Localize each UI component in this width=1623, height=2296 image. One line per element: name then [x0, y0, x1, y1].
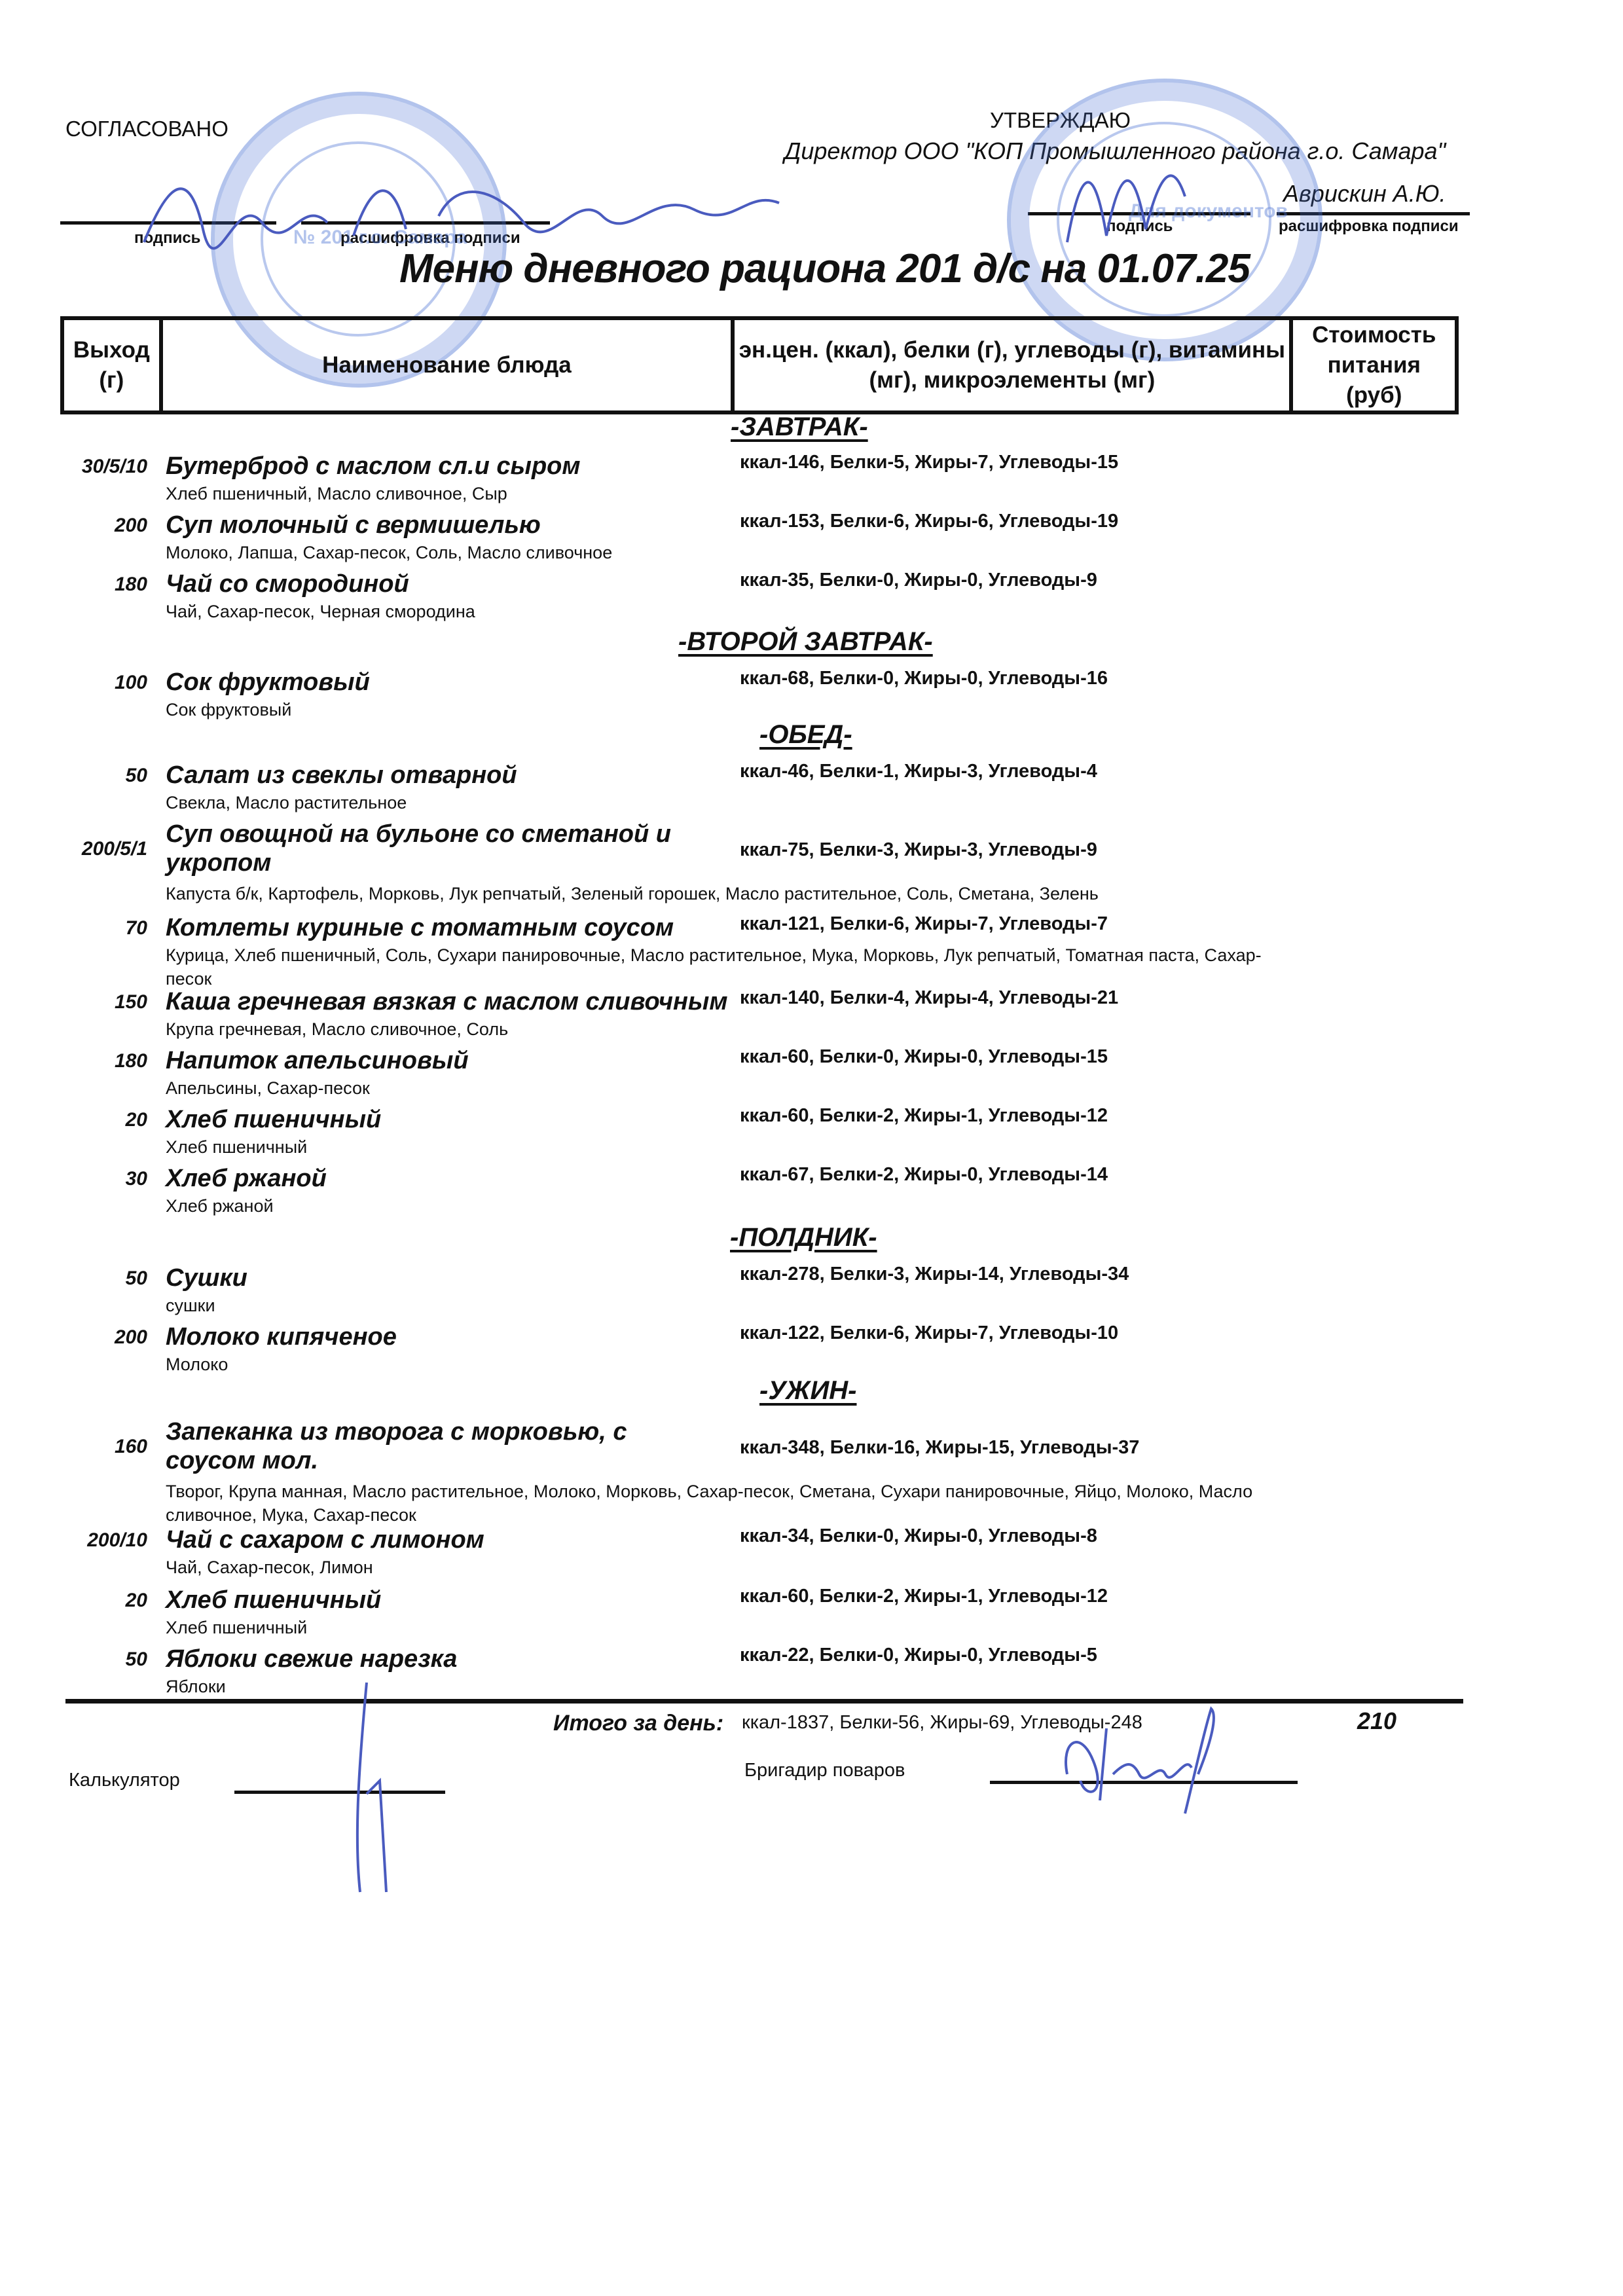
item-quantity: 20 — [39, 1109, 147, 1131]
section-title: -ОБЕД- — [759, 720, 852, 750]
dish-name: Чай со смородиной — [166, 570, 820, 598]
chef-handwritten-signature — [1054, 1702, 1250, 1820]
dish-ingredients: Капуста б/к, Картофель, Морковь, Лук реп… — [166, 882, 1266, 905]
dish-name: Хлеб пшеничный — [166, 1105, 820, 1134]
calculator-handwritten-signature — [340, 1676, 419, 1899]
dish-ingredients: Яблоки — [166, 1675, 1266, 1698]
dish-nutrition: ккал-22, Белки-0, Жиры-0, Углеводы-5 — [740, 1645, 1097, 1666]
dish-name: Бутерброд с маслом сл.и сыром — [166, 452, 820, 481]
dish-name: Сок фруктовый — [166, 668, 820, 697]
section-title: -УЖИН- — [759, 1376, 856, 1406]
dish-ingredients: Сок фруктовый — [166, 698, 1266, 721]
item-quantity: 180 — [39, 574, 147, 596]
right-handwritten-signature — [1048, 131, 1211, 262]
dish-ingredients: Крупа гречневая, Масло сливочное, Соль — [166, 1017, 1266, 1041]
dish-ingredients: Хлеб пшеничный — [166, 1135, 1266, 1159]
menu-table-header: Выход (г) Наименование блюда эн.цен. (кк… — [60, 316, 1459, 414]
dish-ingredients: Апельсины, Сахар-песок — [166, 1076, 1266, 1100]
dish-name: Запеканка из творога с морковью, с соусо… — [166, 1417, 702, 1475]
dish-nutrition: ккал-153, Белки-6, Жиры-6, Углеводы-19 — [740, 511, 1118, 532]
dish-nutrition: ккал-34, Белки-0, Жиры-0, Углеводы-8 — [740, 1525, 1097, 1547]
item-quantity: 70 — [39, 917, 147, 939]
col-nutrition: эн.цен. (ккал), белки (г), углеводы (г),… — [733, 318, 1291, 412]
dish-nutrition: ккал-60, Белки-2, Жиры-1, Углеводы-12 — [740, 1105, 1108, 1127]
dish-name: Хлеб пшеничный — [166, 1586, 820, 1614]
dish-ingredients: Свекла, Масло растительное — [166, 791, 1266, 814]
dish-name: Котлеты куриные с томатным соусом — [166, 913, 820, 942]
dish-ingredients: Молоко, Лапша, Сахар-песок, Соль, Масло … — [166, 541, 1266, 564]
totals-label: Итого за день: — [553, 1711, 723, 1736]
calculator-label: Калькулятор — [69, 1770, 180, 1791]
dish-nutrition: ккал-278, Белки-3, Жиры-14, Углеводы-34 — [740, 1264, 1129, 1285]
dish-ingredients: Хлеб пшеничный — [166, 1616, 1266, 1639]
dish-ingredients: Хлеб ржаной — [166, 1194, 1266, 1218]
dish-name: Суп овощной на бульоне со сметаной и укр… — [166, 820, 702, 877]
item-quantity: 150 — [39, 991, 147, 1013]
dish-ingredients: Творог, Крупа манная, Масло растительное… — [166, 1480, 1266, 1527]
item-quantity: 200/5/1 — [39, 838, 147, 860]
dish-name: Салат из свеклы отварной — [166, 761, 820, 790]
totals-divider — [65, 1699, 1463, 1704]
dish-nutrition: ккал-75, Белки-3, Жиры-3, Углеводы-9 — [740, 839, 1097, 861]
totals-cost: 210 — [1357, 1707, 1396, 1735]
item-quantity: 100 — [39, 672, 147, 694]
dish-ingredients: Хлеб пшеничный, Масло сливочное, Сыр — [166, 482, 1266, 505]
dish-nutrition: ккал-348, Белки-16, Жиры-15, Углеводы-37 — [740, 1437, 1139, 1459]
section-title: -ВТОРОЙ ЗАВТРАК- — [678, 627, 933, 657]
item-quantity: 50 — [39, 1267, 147, 1290]
dish-nutrition: ккал-67, Белки-2, Жиры-0, Углеводы-14 — [740, 1164, 1108, 1186]
dish-ingredients: сушки — [166, 1294, 1266, 1317]
item-quantity: 30 — [39, 1168, 147, 1190]
dish-name: Яблоки свежие нарезка — [166, 1645, 820, 1673]
dish-name: Напиток апельсиновый — [166, 1046, 820, 1075]
item-quantity: 50 — [39, 765, 147, 787]
dish-nutrition: ккал-60, Белки-0, Жиры-0, Углеводы-15 — [740, 1046, 1108, 1068]
dish-ingredients: Чай, Сахар-песок, Лимон — [166, 1556, 1266, 1579]
col-yield: Выход (г) — [62, 318, 161, 412]
approval-left-label: СОГЛАСОВАНО — [65, 117, 228, 141]
dish-nutrition: ккал-140, Белки-4, Жиры-4, Углеводы-21 — [740, 987, 1118, 1009]
dish-name: Молоко кипяченое — [166, 1322, 820, 1351]
dish-name: Суп молочный с вермишелью — [166, 511, 820, 539]
dish-ingredients: Молоко — [166, 1353, 1266, 1376]
dish-nutrition: ккал-68, Белки-0, Жиры-0, Углеводы-16 — [740, 668, 1108, 689]
item-quantity: 20 — [39, 1590, 147, 1612]
section-title: -ПОЛДНИК- — [730, 1223, 877, 1252]
item-quantity: 30/5/10 — [39, 456, 147, 478]
dish-name: Каша гречневая вязкая с маслом сливочным — [166, 987, 820, 1016]
item-quantity: 50 — [39, 1649, 147, 1671]
dish-nutrition: ккал-146, Белки-5, Жиры-7, Углеводы-15 — [740, 452, 1118, 473]
dish-nutrition: ккал-60, Белки-2, Жиры-1, Углеводы-12 — [740, 1586, 1108, 1607]
dish-ingredients: Курица, Хлеб пшеничный, Соль, Сухари пан… — [166, 943, 1266, 991]
item-quantity: 200 — [39, 1326, 147, 1349]
dish-ingredients: Чай, Сахар-песок, Черная смородина — [166, 600, 1266, 623]
dish-name: Хлеб ржаной — [166, 1164, 820, 1193]
page-title: Меню дневного рациона 201 д/с на 01.07.2… — [399, 246, 1250, 292]
item-quantity: 180 — [39, 1050, 147, 1072]
dish-nutrition: ккал-46, Белки-1, Жиры-3, Углеводы-4 — [740, 761, 1097, 782]
item-quantity: 160 — [39, 1436, 147, 1458]
dish-name: Сушки — [166, 1264, 820, 1292]
col-cost: Стоимость питания (руб) — [1291, 318, 1457, 412]
dish-name: Чай с сахаром с лимоном — [166, 1525, 820, 1554]
chef-label: Бригадир поваров — [744, 1760, 905, 1781]
section-title: -ЗАВТРАК- — [731, 412, 868, 442]
dish-nutrition: ккал-35, Белки-0, Жиры-0, Углеводы-9 — [740, 570, 1097, 591]
dish-nutrition: ккал-122, Белки-6, Жиры-7, Углеводы-10 — [740, 1322, 1118, 1344]
col-name: Наименование блюда — [161, 318, 733, 412]
item-quantity: 200 — [39, 515, 147, 537]
dish-nutrition: ккал-121, Белки-6, Жиры-7, Углеводы-7 — [740, 913, 1108, 935]
item-quantity: 200/10 — [39, 1529, 147, 1552]
